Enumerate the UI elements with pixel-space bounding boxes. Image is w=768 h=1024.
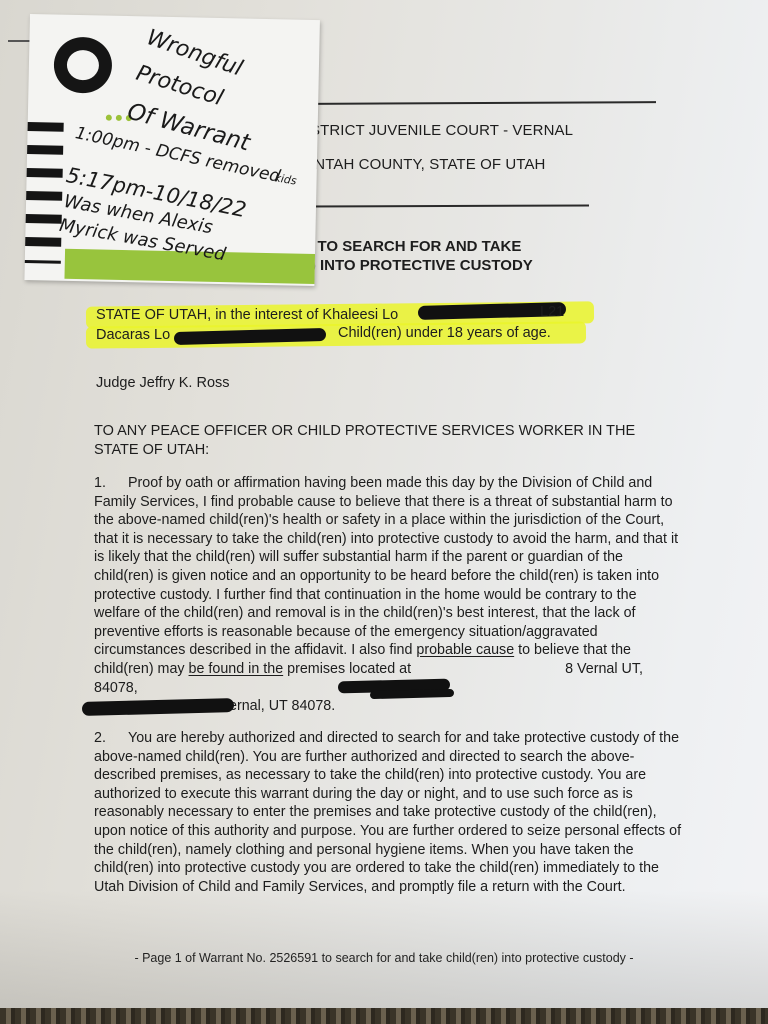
stripe-5 xyxy=(26,214,62,224)
paragraph-2-text: You are hereby authorized and directed t… xyxy=(94,730,681,895)
sticky-note: Wrongful Protocol Of Warrant 1:00pm - DC… xyxy=(24,14,320,286)
address-to-line-1: TO ANY PEACE OFFICER OR CHILD PROTECTIVE… xyxy=(94,423,635,439)
caption-line-2: Dacaras Lo xyxy=(96,327,170,343)
header-rule-bottom xyxy=(305,205,589,208)
stripe-4 xyxy=(26,191,62,201)
caption-line-1-tail: L21 xyxy=(540,304,564,320)
paragraph-2-number: 2. xyxy=(94,729,128,748)
warrant-title-line-1: IT TO SEARCH FOR AND TAKE xyxy=(300,238,521,255)
stripe-3 xyxy=(27,168,63,178)
stripe-6 xyxy=(25,237,61,247)
caption-line-1: STATE OF UTAH, in the interest of Khalee… xyxy=(96,307,398,323)
stripe-2 xyxy=(27,145,63,155)
found-in-underlined: be found in the xyxy=(189,661,284,677)
warrant-title-line-2: N) INTO PROTECTIVE CUSTODY xyxy=(300,257,533,274)
court-name: STRICT JUVENILE COURT - VERNAL xyxy=(310,122,573,139)
paragraph-2: 2.You are hereby authorized and directed… xyxy=(94,729,684,896)
warrant-page: STRICT JUVENILE COURT - VERNAL INTAH COU… xyxy=(0,0,768,1010)
probable-cause-underlined: probable cause xyxy=(416,642,514,658)
page-footer: - Page 1 of Warrant No. 2526591 to searc… xyxy=(0,951,768,965)
address-2-tail: ernal, UT 84078. xyxy=(229,698,335,714)
header-rule-top xyxy=(312,101,656,105)
paragraph-1-number: 1. xyxy=(94,474,128,493)
logo-o-icon xyxy=(53,37,112,94)
paragraph-1-text: Proof by oath or affirmation having been… xyxy=(94,475,678,658)
stripe-1 xyxy=(28,122,64,132)
background-surface xyxy=(0,1008,768,1024)
stripe-7 xyxy=(25,260,61,264)
caption-line-2-tail: Child(ren) under 18 years of age. xyxy=(338,325,551,341)
county-name: INTAH COUNTY, STATE OF UTAH xyxy=(310,156,546,173)
judge-name: Judge Jeffry K. Ross xyxy=(96,375,230,391)
paragraph-1-text-after: premises located at xyxy=(283,661,411,677)
address-to-line-2: STATE OF UTAH: xyxy=(94,442,209,458)
